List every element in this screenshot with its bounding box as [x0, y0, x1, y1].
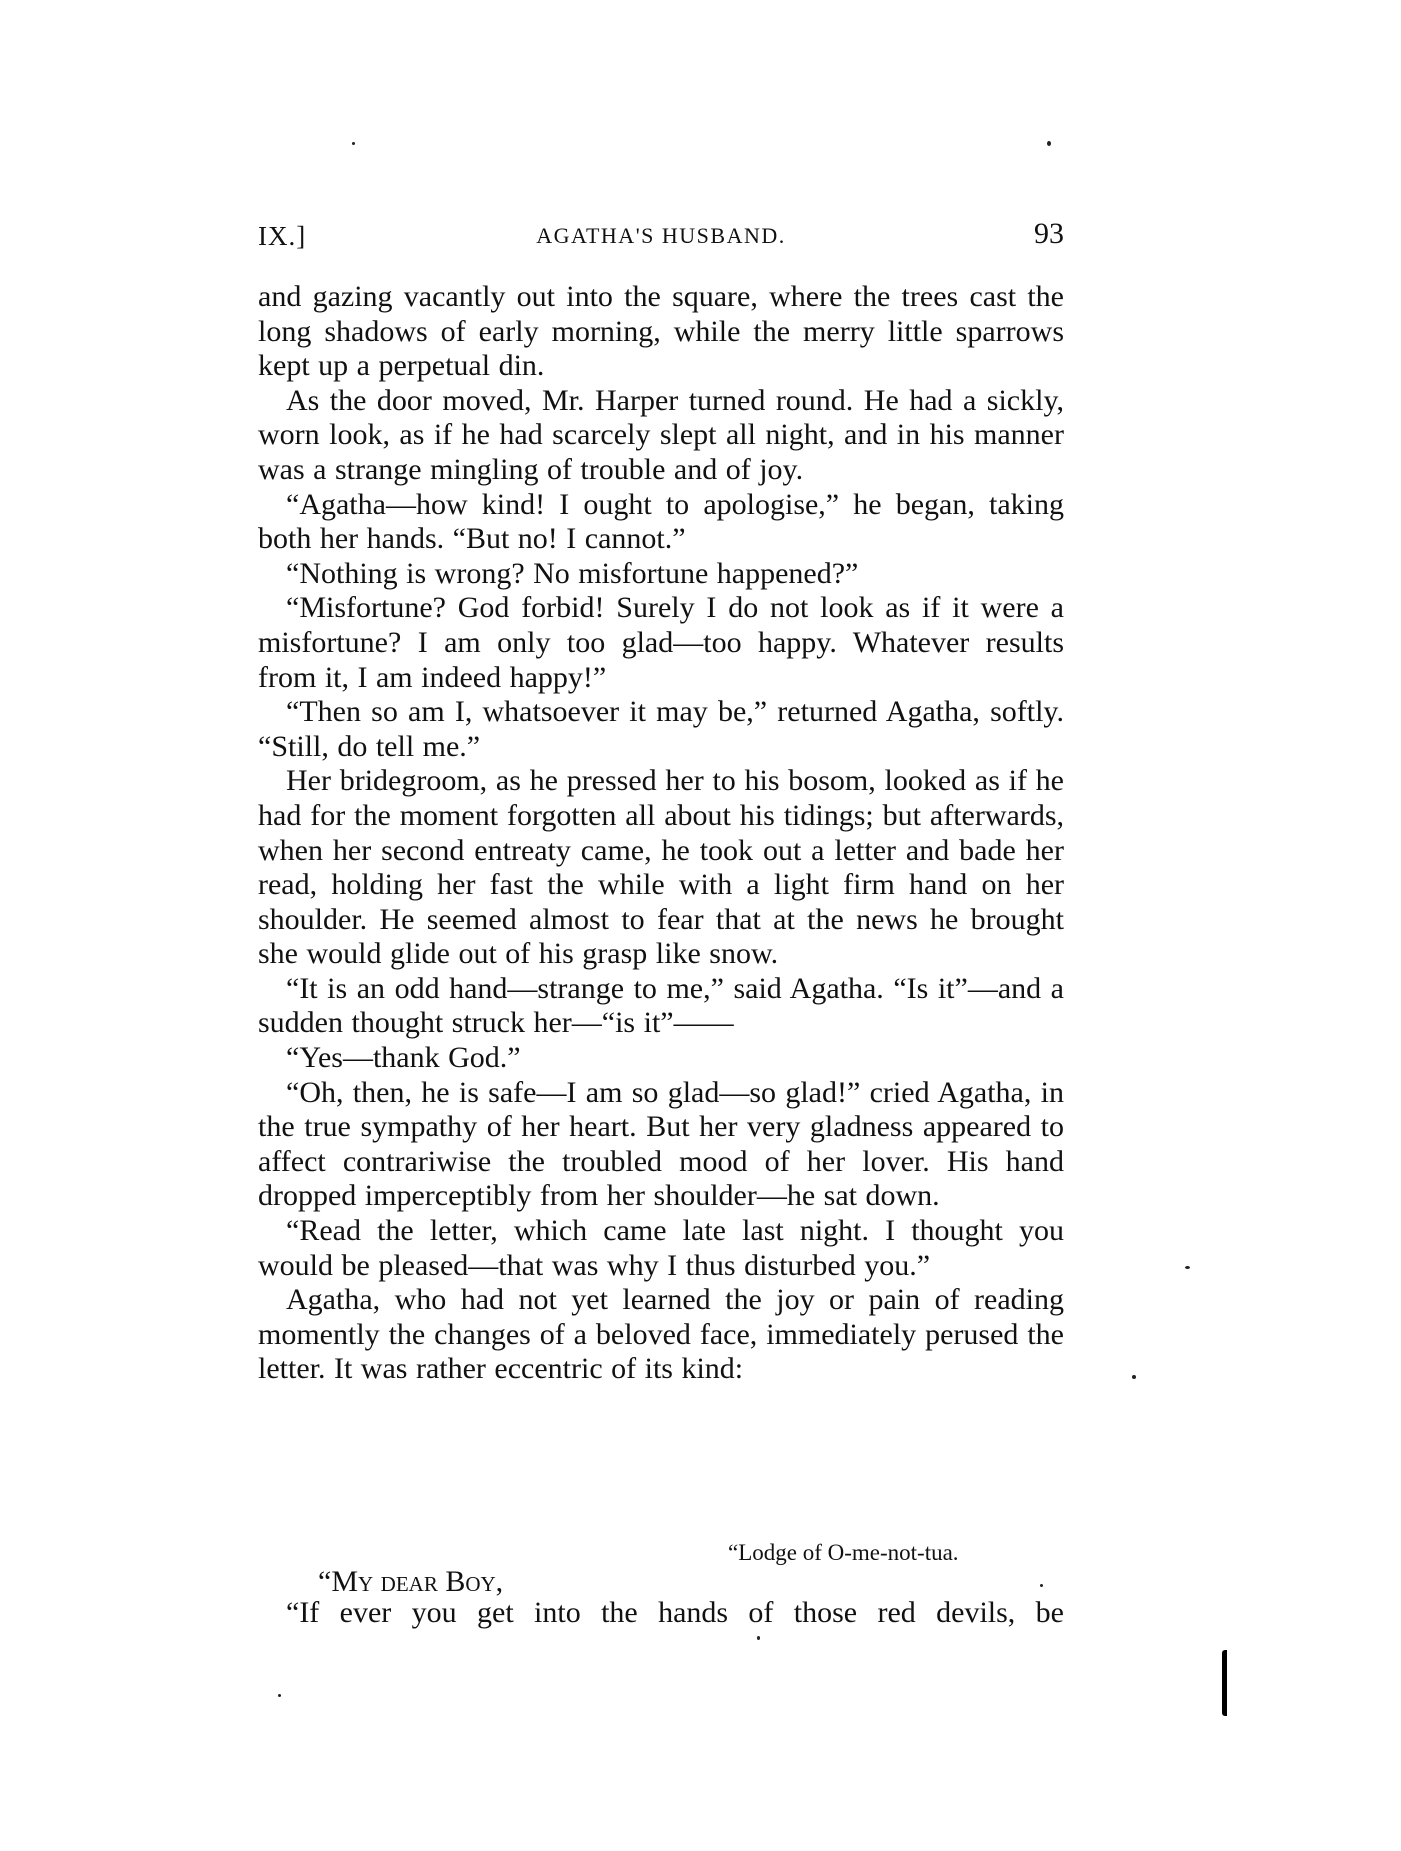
paragraph: “Oh, then, he is safe—I am so glad—so gl…	[258, 1076, 1064, 1214]
paragraph: “Then so am I, whatsoever it may be,” re…	[258, 695, 1064, 764]
paragraph: Her bridegroom, as he pressed her to his…	[258, 764, 1064, 972]
paragraph: As the door moved, Mr. Harper turned rou…	[258, 384, 1064, 488]
paragraph: “Read the letter, which came late last n…	[258, 1214, 1064, 1283]
scan-speck	[757, 1636, 760, 1640]
scan-speck	[278, 1694, 281, 1697]
scan-speck	[352, 142, 355, 145]
margin-mark	[1222, 1650, 1227, 1716]
paragraph: “It is an odd hand—strange to me,” said …	[258, 972, 1064, 1041]
paragraph: Agatha, who had not yet learned the joy …	[258, 1283, 1064, 1387]
scan-speck	[1132, 1375, 1136, 1379]
paragraph: “Misfortune? God forbid! Surely I do not…	[258, 591, 1064, 695]
letter-heading-place: “Lodge of O-me-not-tua.	[728, 1538, 959, 1568]
letter-first-line: “If ever you get into the hands of those…	[258, 1596, 1064, 1630]
body-text: and gazing vacantly out into the square,…	[258, 280, 1064, 1387]
paragraph: “Nothing is wrong? No misfortune happene…	[258, 557, 1064, 592]
running-head: IX.] AGATHA'S HUSBAND. 93	[258, 218, 1064, 254]
running-title: AGATHA'S HUSBAND.	[258, 218, 1064, 254]
book-page: IX.] AGATHA'S HUSBAND. 93 and gazing vac…	[0, 0, 1401, 1851]
scan-speck	[1185, 1266, 1190, 1269]
page-number: 93	[1034, 216, 1064, 252]
paragraph: “Agatha—how kind! I ought to apologise,”…	[258, 488, 1064, 557]
paragraph: “Yes—thank God.”	[258, 1041, 1064, 1076]
paragraph: and gazing vacantly out into the square,…	[258, 280, 1064, 384]
scan-speck	[1047, 141, 1051, 146]
letter-salutation: “My dear Boy,	[318, 1566, 503, 1598]
scan-speck	[1040, 1584, 1043, 1587]
